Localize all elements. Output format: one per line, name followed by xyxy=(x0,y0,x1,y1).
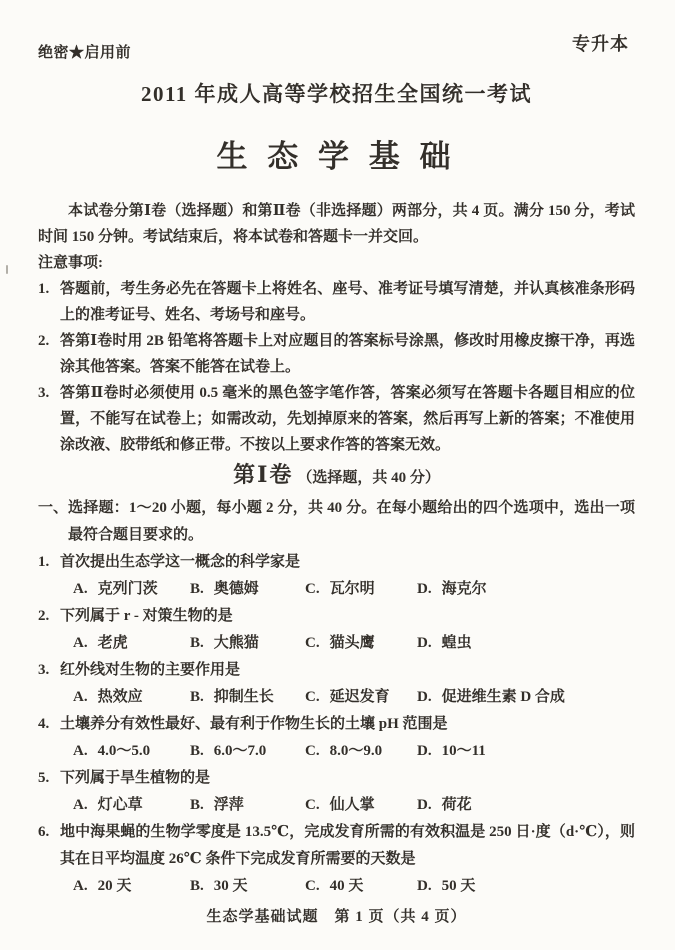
question-4: 4. 土壤养分有效性最好、最有利于作物生长的土壤 pH 范围是 A.4.0～5.… xyxy=(38,711,635,765)
question-body: 首次提出生态学这一概念的科学家是 A.克列门茨 B.奥德姆 C.瓦尔明 D.海克… xyxy=(60,549,635,603)
question-stem: 红外线对生物的主要作用是 xyxy=(60,657,635,684)
classification-label: 绝密★启用前 xyxy=(38,41,131,62)
option-label: A. xyxy=(73,689,88,705)
question-stem: 下列属于旱生植物的是 xyxy=(60,765,635,792)
option-text: 20 天 xyxy=(98,878,132,894)
part-heading: 一、 选择题：1～20 小题，每小题 2 分，共 40 分。在每小题给出的四个选… xyxy=(38,495,635,549)
section-title-main: 第Ⅰ卷 xyxy=(233,462,293,487)
question-body: 下列属于 r - 对策生物的是 A.老虎 B.大熊猫 C.猫头鹰 D.蝗虫 xyxy=(60,603,635,657)
option-a: A.灯心草 xyxy=(73,792,190,819)
page-content: 绝密★启用前 专升本 2011 年成人高等学校招生全国统一考试 生 态 学 基 … xyxy=(0,0,675,929)
notice-text: 答题前，考生务必先在答题卡上将姓名、座号、准考证号填写清楚，并认真核准条形码上的… xyxy=(60,276,635,328)
option-c: C.仙人掌 xyxy=(305,792,417,819)
option-label: C. xyxy=(305,797,320,813)
intro-paragraph: 本试卷分第Ⅰ卷（选择题）和第Ⅱ卷（非选择题）两部分，共 4 页。满分 150 分… xyxy=(38,198,635,250)
option-text: 猫头鹰 xyxy=(330,635,375,651)
option-label: C. xyxy=(305,689,320,705)
option-text: 海克尔 xyxy=(442,581,487,597)
option-text: 热效应 xyxy=(98,689,143,705)
option-d: D.10～11 xyxy=(417,738,635,765)
notice-number: 3. xyxy=(38,380,60,458)
option-label: A. xyxy=(73,743,88,759)
option-text: 瓦尔明 xyxy=(330,581,375,597)
option-a: A.20 天 xyxy=(73,873,190,900)
option-b: B.奥德姆 xyxy=(190,576,305,603)
option-a: A.4.0～5.0 xyxy=(73,738,190,765)
page-footer: 生态学基础试题 第 1 页（共 4 页） xyxy=(38,905,635,929)
question-stem: 下列属于 r - 对策生物的是 xyxy=(60,603,635,630)
page-header: 绝密★启用前 专升本 xyxy=(38,30,635,58)
option-d: D.促进维生素 D 合成 xyxy=(417,684,635,711)
option-text: 灯心草 xyxy=(98,797,143,813)
option-label: D. xyxy=(417,689,432,705)
question-number: 5. xyxy=(38,765,60,819)
option-b: B.抑制生长 xyxy=(190,684,305,711)
option-b: B.大熊猫 xyxy=(190,630,305,657)
option-d: D.海克尔 xyxy=(417,576,635,603)
notice-number: 2. xyxy=(38,328,60,380)
question-body: 地中海果蝇的生物学零度是 13.5℃，完成发育所需的有效积温是 250 日·度（… xyxy=(60,819,635,900)
question-3: 3. 红外线对生物的主要作用是 A.热效应 B.抑制生长 C.延迟发育 D.促进… xyxy=(38,657,635,711)
option-text: 荷花 xyxy=(442,797,472,813)
option-label: C. xyxy=(305,635,320,651)
option-label: B. xyxy=(190,689,204,705)
question-number: 1. xyxy=(38,549,60,603)
notice-item-2: 2. 答第Ⅰ卷时用 2B 铅笔将答题卡上对应题目的答案标号涂黑，修改时用橡皮擦干… xyxy=(38,328,635,380)
exam-level-label: 专升本 xyxy=(572,30,629,56)
options-row: A.克列门茨 B.奥德姆 C.瓦尔明 D.海克尔 xyxy=(73,576,635,603)
options-row: A.4.0～5.0 B.6.0～7.0 C.8.0～9.0 D.10～11 xyxy=(73,738,635,765)
notice-text: 答第Ⅱ卷时必须使用 0.5 毫米的黑色签字笔作答，答案必须写在答题卡各题目相应的… xyxy=(60,380,635,458)
option-a: A.克列门茨 xyxy=(73,576,190,603)
options-row: A.老虎 B.大熊猫 C.猫头鹰 D.蝗虫 xyxy=(73,630,635,657)
notices-heading: 注意事项: xyxy=(38,250,635,276)
option-label: D. xyxy=(417,878,432,894)
notice-number: 1. xyxy=(38,276,60,328)
option-c: C.瓦尔明 xyxy=(305,576,417,603)
option-b: B.浮萍 xyxy=(190,792,305,819)
notice-item-3: 3. 答第Ⅱ卷时必须使用 0.5 毫米的黑色签字笔作答，答案必须写在答题卡各题目… xyxy=(38,380,635,458)
option-label: A. xyxy=(73,581,88,597)
option-d: D.蝗虫 xyxy=(417,630,635,657)
section-title-sub: （选择题，共 40 分） xyxy=(297,470,440,486)
option-label: B. xyxy=(190,878,204,894)
option-c: C.8.0～9.0 xyxy=(305,738,417,765)
option-text: 蝗虫 xyxy=(442,635,472,651)
option-label: B. xyxy=(190,743,204,759)
subject-title: 生 态 学 基 础 xyxy=(38,136,635,178)
option-label: D. xyxy=(417,635,432,651)
option-label: C. xyxy=(305,581,320,597)
option-text: 老虎 xyxy=(98,635,128,651)
option-text: 奥德姆 xyxy=(214,581,259,597)
option-label: D. xyxy=(417,581,432,597)
question-body: 红外线对生物的主要作用是 A.热效应 B.抑制生长 C.延迟发育 D.促进维生素… xyxy=(60,657,635,711)
option-text: 仙人掌 xyxy=(330,797,375,813)
options-row: A.灯心草 B.浮萍 C.仙人掌 D.荷花 xyxy=(73,792,635,819)
option-text: 延迟发育 xyxy=(330,689,390,705)
option-text: 促进维生素 D 合成 xyxy=(442,689,565,705)
option-text: 40 天 xyxy=(330,878,364,894)
option-d: D.荷花 xyxy=(417,792,635,819)
section-heading: 第Ⅰ卷 （选择题，共 40 分） xyxy=(38,460,635,493)
option-text: 大熊猫 xyxy=(214,635,259,651)
option-text: 50 天 xyxy=(442,878,476,894)
option-label: C. xyxy=(305,878,320,894)
question-stem: 首次提出生态学这一概念的科学家是 xyxy=(60,549,635,576)
question-body: 土壤养分有效性最好、最有利于作物生长的土壤 pH 范围是 A.4.0～5.0 B… xyxy=(60,711,635,765)
question-6: 6. 地中海果蝇的生物学零度是 13.5℃，完成发育所需的有效积温是 250 日… xyxy=(38,819,635,900)
option-label: D. xyxy=(417,743,432,759)
option-c: C.40 天 xyxy=(305,873,417,900)
option-label: A. xyxy=(73,635,88,651)
option-c: C.延迟发育 xyxy=(305,684,417,711)
options-row: A.20 天 B.30 天 C.40 天 D.50 天 xyxy=(73,873,635,900)
exam-paper-page: 绝密★启用前 专升本 2011 年成人高等学校招生全国统一考试 生 态 学 基 … xyxy=(0,0,675,950)
option-label: C. xyxy=(305,743,320,759)
part-label: 一、 xyxy=(38,495,68,549)
option-b: B.6.0～7.0 xyxy=(190,738,305,765)
option-label: D. xyxy=(417,797,432,813)
question-2: 2. 下列属于 r - 对策生物的是 A.老虎 B.大熊猫 C.猫头鹰 D.蝗虫 xyxy=(38,603,635,657)
question-stem: 地中海果蝇的生物学零度是 13.5℃，完成发育所需的有效积温是 250 日·度（… xyxy=(60,819,635,873)
option-text: 浮萍 xyxy=(214,797,244,813)
option-label: B. xyxy=(190,581,204,597)
question-number: 6. xyxy=(38,819,60,900)
option-text: 克列门茨 xyxy=(98,581,158,597)
question-body: 下列属于旱生植物的是 A.灯心草 B.浮萍 C.仙人掌 D.荷花 xyxy=(60,765,635,819)
exam-title: 2011 年成人高等学校招生全国统一考试 xyxy=(38,80,635,108)
option-label: B. xyxy=(190,797,204,813)
part-instruction-text: 选择题：1～20 小题，每小题 2 分，共 40 分。在每小题给出的四个选项中，… xyxy=(68,495,635,549)
question-5: 5. 下列属于旱生植物的是 A.灯心草 B.浮萍 C.仙人掌 D.荷花 xyxy=(38,765,635,819)
question-number: 4. xyxy=(38,711,60,765)
option-label: A. xyxy=(73,878,88,894)
option-text: 8.0～9.0 xyxy=(330,743,383,759)
option-text: 抑制生长 xyxy=(214,689,274,705)
option-a: A.老虎 xyxy=(73,630,190,657)
notice-item-1: 1. 答题前，考生务必先在答题卡上将姓名、座号、准考证号填写清楚，并认真核准条形… xyxy=(38,276,635,328)
option-c: C.猫头鹰 xyxy=(305,630,417,657)
scan-artifact-mark xyxy=(6,265,8,274)
question-number: 3. xyxy=(38,657,60,711)
option-a: A.热效应 xyxy=(73,684,190,711)
option-b: B.30 天 xyxy=(190,873,305,900)
option-label: A. xyxy=(73,797,88,813)
option-text: 4.0～5.0 xyxy=(98,743,151,759)
question-number: 2. xyxy=(38,603,60,657)
option-text: 30 天 xyxy=(214,878,248,894)
question-stem: 土壤养分有效性最好、最有利于作物生长的土壤 pH 范围是 xyxy=(60,711,635,738)
options-row: A.热效应 B.抑制生长 C.延迟发育 D.促进维生素 D 合成 xyxy=(73,684,635,711)
notice-text: 答第Ⅰ卷时用 2B 铅笔将答题卡上对应题目的答案标号涂黑，修改时用橡皮擦干净，再… xyxy=(60,328,635,380)
option-label: B. xyxy=(190,635,204,651)
option-d: D.50 天 xyxy=(417,873,635,900)
question-1: 1. 首次提出生态学这一概念的科学家是 A.克列门茨 B.奥德姆 C.瓦尔明 D… xyxy=(38,549,635,603)
question-list: 1. 首次提出生态学这一概念的科学家是 A.克列门茨 B.奥德姆 C.瓦尔明 D… xyxy=(38,549,635,900)
option-text: 10～11 xyxy=(442,743,486,759)
option-text: 6.0～7.0 xyxy=(214,743,267,759)
